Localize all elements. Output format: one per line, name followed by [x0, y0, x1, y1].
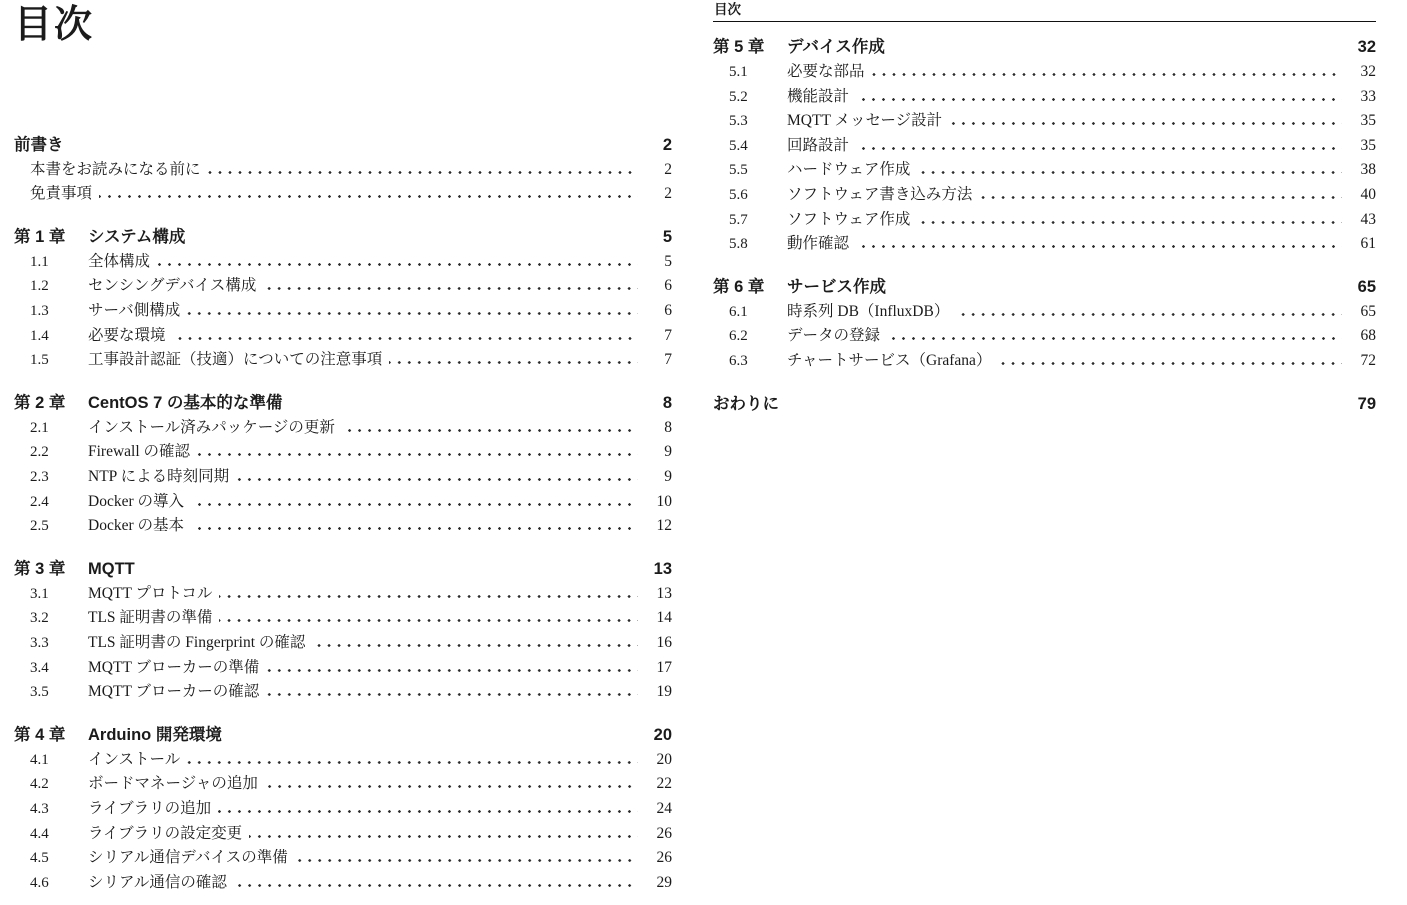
entry-number: 2.5 — [30, 514, 88, 539]
entry-page: 26 — [646, 822, 672, 847]
entry-title: 必要な部品 — [787, 60, 865, 85]
toc-entry-row[interactable]: 4.2ボードマネージャの追加22 — [14, 772, 672, 797]
entry-number: 5.6 — [729, 183, 787, 208]
entry-page: 20 — [646, 748, 672, 773]
dot-leader — [71, 147, 639, 150]
toc-entry-row[interactable]: 6.3チャートサービス（Grafana）72 — [713, 349, 1376, 374]
chapter-page: 8 — [646, 390, 672, 416]
entry-number: 6.1 — [729, 300, 787, 325]
entry-page: 8 — [646, 416, 672, 441]
dot-leader — [979, 196, 1342, 199]
toc-entry-row[interactable]: 4.6シリアル通信の確認29 — [14, 871, 672, 896]
toc-page-left: 目次 前書き2本書をお読みになる前に2免責事項2第 1 章システム構成51.1全… — [14, 0, 672, 905]
dot-leader — [197, 453, 638, 456]
toc-chapter-row[interactable]: 第 1 章システム構成5 — [14, 224, 672, 250]
toc-chapter-row[interactable]: 第 3 章MQTT13 — [14, 556, 672, 582]
chapter-page: 20 — [646, 722, 672, 748]
dot-leader — [887, 337, 1342, 340]
chapter-title: Arduino 開発環境 — [88, 722, 222, 748]
chapter-number: 第 2 章 — [14, 390, 88, 416]
dot-leader — [219, 595, 638, 598]
entry-title: インストール済みパッケージの更新 — [88, 416, 335, 441]
entry-number: 1.3 — [30, 299, 88, 324]
toc-chapter-block: 第 4 章Arduino 開発環境204.1インストール204.2ボードマネージ… — [14, 722, 672, 896]
entry-page: 19 — [646, 680, 672, 705]
chapter-page: 32 — [1350, 34, 1376, 60]
entry-number: 3.5 — [30, 680, 88, 705]
entry-number: 3.1 — [30, 582, 88, 607]
toc-entry-row[interactable]: 本書をお読みになる前に2 — [14, 158, 672, 183]
dot-leader — [266, 693, 638, 696]
dot-leader — [229, 737, 638, 740]
chapter-page: 65 — [1350, 274, 1376, 300]
entry-number: 6.3 — [729, 349, 787, 374]
entry-title: チャートサービス（Grafana） — [787, 349, 991, 374]
entry-title: サーバ側構成 — [88, 299, 180, 324]
entry-page: 32 — [1350, 60, 1376, 85]
entry-number: 2.4 — [30, 490, 88, 515]
toc-chapter-block: 第 5 章デバイス作成325.1必要な部品325.2機能設計335.3MQTT … — [713, 34, 1376, 257]
entry-title: 機能設計 — [787, 85, 849, 110]
toc-chapter-row[interactable]: 第 6 章サービス作成65 — [713, 274, 1376, 300]
entry-number: 5.7 — [729, 208, 787, 233]
chapter-page: 2 — [646, 132, 672, 158]
entry-number: 2.2 — [30, 440, 88, 465]
toc-chapter-block: おわりに79 — [713, 391, 1376, 417]
entry-number: 3.2 — [30, 606, 88, 631]
toc-chapter-block: 第 2 章CentOS 7 の基本的な準備82.1インストール済みパッケージの更… — [14, 390, 672, 539]
entry-page: 6 — [646, 299, 672, 324]
toc-entry-row[interactable]: 3.2TLS 証明書の準備14 — [14, 606, 672, 631]
dot-leader — [893, 289, 1342, 292]
dot-leader — [208, 171, 638, 174]
entry-number: 1.5 — [30, 348, 88, 373]
dot-leader — [265, 785, 638, 788]
entry-page: 2 — [646, 158, 672, 183]
entry-page: 6 — [646, 274, 672, 299]
entry-page: 7 — [646, 348, 672, 373]
dot-leader — [342, 429, 638, 432]
chapter-title: おわりに — [713, 391, 779, 417]
entry-page: 29 — [646, 871, 672, 896]
entry-number: 1.4 — [30, 324, 88, 349]
toc-entry-row[interactable]: 6.2データの登録68 — [713, 324, 1376, 349]
chapter-number: 第 1 章 — [14, 224, 88, 250]
entry-title: ソフトウェア書き込み方法 — [787, 183, 972, 208]
entry-title: ライブラリの設定変更 — [88, 822, 242, 847]
dot-leader — [312, 644, 638, 647]
dot-leader — [173, 337, 638, 340]
entry-page: 5 — [646, 250, 672, 275]
dot-leader — [191, 503, 638, 506]
entry-title: 免責事項 — [30, 182, 92, 207]
toc-entry-row[interactable]: 3.3TLS 証明書の Fingerprint の確認16 — [14, 631, 672, 656]
chapter-title: MQTT — [88, 556, 135, 582]
entry-title: シリアル通信デバイスの準備 — [88, 846, 288, 871]
entry-page: 68 — [1350, 324, 1376, 349]
entry-page: 17 — [646, 656, 672, 681]
toc-chapter-row[interactable]: 第 5 章デバイス作成32 — [713, 34, 1376, 60]
toc-entry-row[interactable]: 2.5Docker の基本12 — [14, 514, 672, 539]
dot-leader — [872, 73, 1342, 76]
entry-number: 4.3 — [30, 797, 88, 822]
toc-blocks-right: 第 5 章デバイス作成325.1必要な部品325.2機能設計335.3MQTT … — [713, 34, 1376, 417]
entry-page: 65 — [1350, 300, 1376, 325]
dot-leader — [142, 571, 638, 574]
entry-number: 4.2 — [30, 772, 88, 797]
entry-title: Firewall の確認 — [88, 440, 190, 465]
toc-chapter-block: 第 3 章MQTT133.1MQTT プロトコル133.2TLS 証明書の準備1… — [14, 556, 672, 705]
entry-page: 35 — [1350, 109, 1376, 134]
entry-title: 動作確認 — [787, 232, 849, 257]
entry-number: 5.4 — [729, 134, 787, 159]
entry-title: ソフトウェア作成 — [787, 208, 910, 233]
entry-page: 61 — [1350, 232, 1376, 257]
toc-entry-row[interactable]: 4.1インストール20 — [14, 748, 672, 773]
toc-entry-row[interactable]: 3.1MQTT プロトコル13 — [14, 582, 672, 607]
toc-entry-row[interactable]: 5.3MQTT メッセージ設計35 — [713, 109, 1376, 134]
dot-leader — [856, 245, 1342, 248]
entry-page: 13 — [646, 582, 672, 607]
toc-page-right: 目次 第 5 章デバイス作成325.1必要な部品325.2機能設計335.3MQ… — [713, 0, 1376, 434]
entry-number: 6.2 — [729, 324, 787, 349]
entry-page: 12 — [646, 514, 672, 539]
toc-chapter-block: 前書き2本書をお読みになる前に2免責事項2 — [14, 132, 672, 207]
dot-leader — [157, 263, 638, 266]
toc-entry-row[interactable]: 5.5ハードウェア作成38 — [713, 158, 1376, 183]
entry-title: ハードウェア作成 — [787, 158, 910, 183]
entry-number: 5.5 — [729, 158, 787, 183]
entry-number: 2.1 — [30, 416, 88, 441]
entry-title: 時系列 DB（InfluxDB） — [787, 300, 949, 325]
dot-leader — [266, 669, 638, 672]
toc-entry-row[interactable]: 4.3ライブラリの追加24 — [14, 797, 672, 822]
entry-page: 26 — [646, 846, 672, 871]
chapter-number: 第 3 章 — [14, 556, 88, 582]
entry-title: 全体構成 — [88, 250, 150, 275]
entry-title: シリアル通信の確認 — [88, 871, 227, 896]
entry-number: 5.2 — [729, 85, 787, 110]
chapter-title: サービス作成 — [787, 274, 886, 300]
dot-leader — [192, 239, 638, 242]
toc-entry-row[interactable]: 3.4MQTT ブローカーの準備17 — [14, 656, 672, 681]
toc-entry-row[interactable]: 5.6ソフトウェア書き込み方法40 — [713, 183, 1376, 208]
chapter-title: CentOS 7 の基本的な準備 — [88, 390, 282, 416]
entry-number: 4.5 — [30, 846, 88, 871]
dot-leader — [856, 98, 1342, 101]
dot-leader — [236, 478, 638, 481]
toc-entry-row[interactable]: 6.1時系列 DB（InfluxDB）65 — [713, 300, 1376, 325]
entry-title: MQTT メッセージ設計 — [787, 109, 942, 134]
entry-title: Docker の導入 — [88, 490, 184, 515]
toc-entry-row[interactable]: 2.2Firewall の確認9 — [14, 440, 672, 465]
toc-entry-row[interactable]: 1.4必要な環境7 — [14, 324, 672, 349]
toc-entry-row[interactable]: 5.4回路設計35 — [713, 134, 1376, 159]
entry-title: NTP による時刻同期 — [88, 465, 229, 490]
entry-title: 回路設計 — [787, 134, 849, 159]
entry-page: 9 — [646, 465, 672, 490]
entry-title: MQTT ブローカーの準備 — [88, 656, 259, 681]
toc-entry-row[interactable]: 1.5工事設計認証（技適）についての注意事項7 — [14, 348, 672, 373]
entry-page: 22 — [646, 772, 672, 797]
entry-title: ボードマネージャの追加 — [88, 772, 258, 797]
entry-page: 38 — [1350, 158, 1376, 183]
dot-leader — [191, 527, 638, 530]
chapter-title: 前書き — [14, 132, 64, 158]
toc-title: 目次 — [14, 4, 672, 48]
dot-leader — [892, 49, 1342, 52]
entry-number: 3.4 — [30, 656, 88, 681]
toc-blocks-left: 前書き2本書をお読みになる前に2免責事項2第 1 章システム構成51.1全体構成… — [14, 132, 672, 896]
dot-leader — [187, 761, 638, 764]
dot-leader — [219, 619, 638, 622]
dot-leader — [389, 361, 638, 364]
chapter-number: 第 4 章 — [14, 722, 88, 748]
chapter-title: システム構成 — [88, 224, 185, 250]
entry-title: TLS 証明書の準備 — [88, 606, 212, 631]
dot-leader — [786, 406, 1342, 409]
toc-entry-row[interactable]: 4.5シリアル通信デバイスの準備26 — [14, 846, 672, 871]
dot-leader — [263, 287, 638, 290]
dot-leader — [949, 122, 1342, 125]
entry-number: 4.6 — [30, 871, 88, 896]
entry-title: 工事設計認証（技適）についての注意事項 — [88, 348, 382, 373]
entry-title: 本書をお読みになる前に — [30, 158, 201, 183]
entry-number: 1.1 — [30, 250, 88, 275]
toc-entry-row[interactable]: 5.1必要な部品32 — [713, 60, 1376, 85]
entry-number: 5.1 — [729, 60, 787, 85]
toc-entry-row[interactable]: 2.3NTP による時刻同期9 — [14, 465, 672, 490]
dot-leader — [295, 859, 638, 862]
entry-page: 14 — [646, 606, 672, 631]
entry-page: 43 — [1350, 208, 1376, 233]
toc-entry-row[interactable]: 5.8動作確認61 — [713, 232, 1376, 257]
entry-title: データの登録 — [787, 324, 880, 349]
entry-number: 5.3 — [729, 109, 787, 134]
entry-page: 7 — [646, 324, 672, 349]
dot-leader — [956, 313, 1342, 316]
entry-number: 4.4 — [30, 822, 88, 847]
toc-chapter-block: 第 1 章システム構成51.1全体構成51.2センシングデバイス構成61.3サー… — [14, 224, 672, 373]
entry-page: 16 — [646, 631, 672, 656]
entry-title: 必要な環境 — [88, 324, 166, 349]
chapter-page: 79 — [1350, 391, 1376, 417]
entry-page: 72 — [1350, 349, 1376, 374]
entry-page: 10 — [646, 490, 672, 515]
chapter-number: 第 6 章 — [713, 274, 787, 300]
toc-entry-row[interactable]: 3.5MQTT ブローカーの確認19 — [14, 680, 672, 705]
dot-leader — [917, 171, 1342, 174]
entry-title: センシングデバイス構成 — [88, 274, 256, 299]
running-header: 目次 — [713, 0, 1376, 22]
entry-number: 4.1 — [30, 748, 88, 773]
dot-leader — [187, 312, 638, 315]
toc-entry-row[interactable]: 5.2機能設計33 — [713, 85, 1376, 110]
toc-chapter-row[interactable]: おわりに79 — [713, 391, 1376, 417]
dot-leader — [234, 884, 638, 887]
dot-leader — [917, 221, 1342, 224]
dot-leader — [289, 405, 638, 408]
entry-number: 1.2 — [30, 274, 88, 299]
toc-entry-row[interactable]: 5.7ソフトウェア作成43 — [713, 208, 1376, 233]
entry-title: TLS 証明書の Fingerprint の確認 — [88, 631, 305, 656]
toc-chapter-block: 第 6 章サービス作成656.1時系列 DB（InfluxDB）656.2データ… — [713, 274, 1376, 374]
toc-chapter-row[interactable]: 第 4 章Arduino 開発環境20 — [14, 722, 672, 748]
entry-title: インストール — [88, 748, 180, 773]
chapter-page: 5 — [646, 224, 672, 250]
toc-chapter-row[interactable]: 前書き2 — [14, 132, 672, 158]
chapter-page: 13 — [646, 556, 672, 582]
entry-number: 2.3 — [30, 465, 88, 490]
toc-entry-row[interactable]: 免責事項2 — [14, 182, 672, 207]
entry-page: 24 — [646, 797, 672, 822]
entry-number: 5.8 — [729, 232, 787, 257]
dot-leader — [998, 362, 1342, 365]
dot-leader — [249, 835, 638, 838]
entry-page: 40 — [1350, 183, 1376, 208]
toc-entry-row[interactable]: 1.1全体構成5 — [14, 250, 672, 275]
toc-entry-row[interactable]: 2.4Docker の導入10 — [14, 490, 672, 515]
dot-leader — [99, 195, 638, 198]
toc-chapter-row[interactable]: 第 2 章CentOS 7 の基本的な準備8 — [14, 390, 672, 416]
entry-title: MQTT プロトコル — [88, 582, 212, 607]
toc-entry-row[interactable]: 1.3サーバ側構成6 — [14, 299, 672, 324]
dot-leader — [856, 147, 1342, 150]
chapter-number: 第 5 章 — [713, 34, 787, 60]
entry-title: ライブラリの追加 — [88, 797, 211, 822]
entry-number: 3.3 — [30, 631, 88, 656]
dot-leader — [218, 810, 638, 813]
entry-page: 35 — [1350, 134, 1376, 159]
toc-entry-row[interactable]: 2.1インストール済みパッケージの更新8 — [14, 416, 672, 441]
entry-page: 33 — [1350, 85, 1376, 110]
toc-entry-row[interactable]: 1.2センシングデバイス構成6 — [14, 274, 672, 299]
toc-entry-row[interactable]: 4.4ライブラリの設定変更26 — [14, 822, 672, 847]
entry-title: MQTT ブローカーの確認 — [88, 680, 259, 705]
entry-page: 2 — [646, 182, 672, 207]
entry-page: 9 — [646, 440, 672, 465]
chapter-title: デバイス作成 — [787, 34, 885, 60]
entry-title: Docker の基本 — [88, 514, 184, 539]
